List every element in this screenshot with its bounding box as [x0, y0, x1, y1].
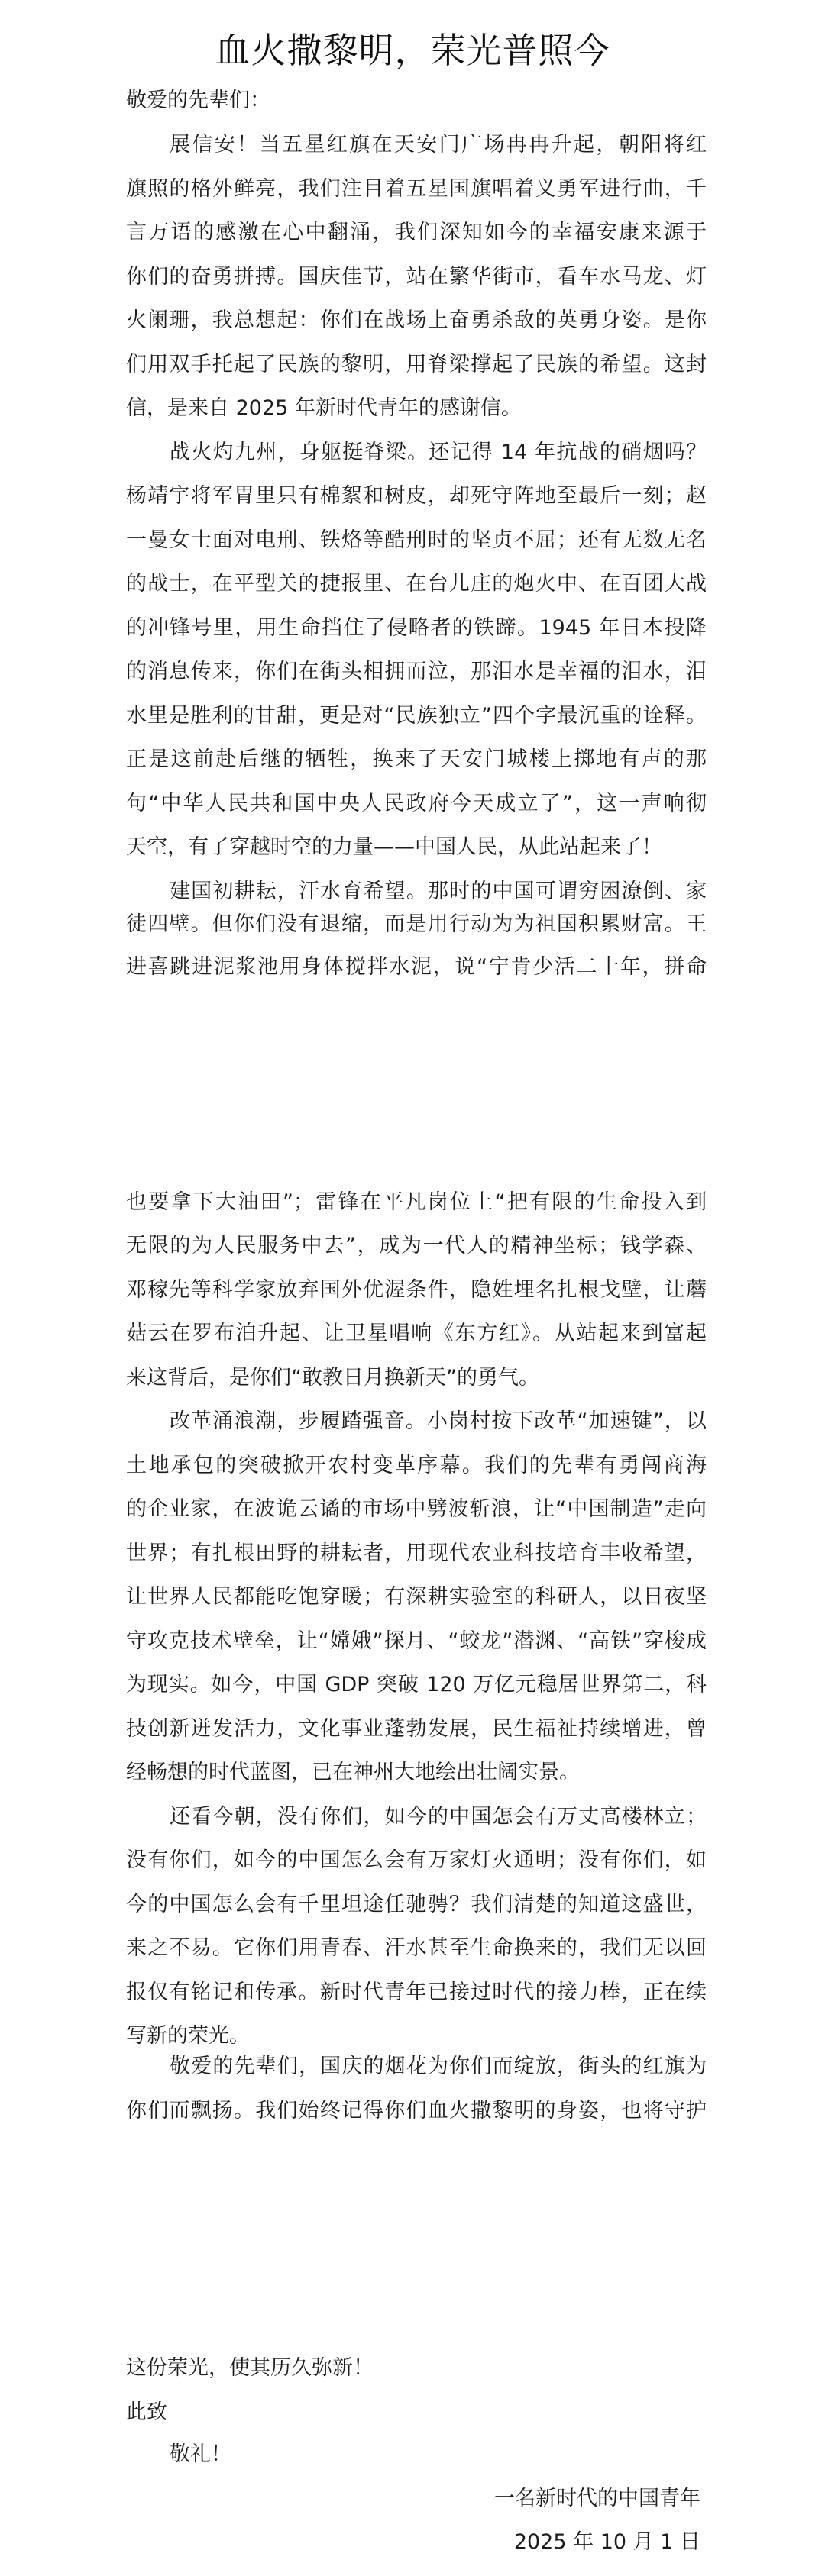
paragraph-5-line-3: 今的中国怎么会有千里坦途任驰骋？我们清楚的知道这盛世，	[126, 1892, 707, 1918]
paragraph-6-line-2: 你们而飘扬。我们始终记得你们血火撒黎明的身姿，也将守护	[126, 2098, 707, 2124]
paragraph-1-line-3: 言万语的感激在心中翻涌，我们深知如今的幸福安康来源于	[126, 220, 707, 246]
paragraph-4-line-9: 经畅想的时代蓝图，已在神州大地绘出壮阔实景。	[126, 1760, 707, 1786]
paragraph-3-line-2: 徒四壁。但你们没有退缩，而是用行动为为祖国积累财富。王	[126, 912, 707, 938]
paragraph-2-line-3: 一曼女士面对电刑、铁烙等酷刑时的坚贞不屈；还有无数无名	[126, 528, 707, 554]
paragraph-4-line-3: 的企业家，在波诡云谲的市场中劈波斩浪，让“中国制造”走向	[126, 1496, 707, 1522]
paragraph-5-line-5: 报仅有铭记和传承。新时代青年已接过时代的接力棒，正在续	[126, 1980, 707, 2006]
paragraph-3-line-1: 建国初耕耘，汗水育希望。那时的中国可谓穷困潦倒、家	[170, 879, 707, 905]
paragraph-5-line-6: 写新的荣光。	[126, 2023, 707, 2049]
paragraph-6-line-3: 这份荣光，使其历久弥新！	[126, 2355, 707, 2381]
closing-line-2: 敬礼！	[170, 2442, 707, 2468]
paragraph-2-line-1: 战火灼九州，身躯挺脊梁。还记得 14 年抗战的硝烟吗？	[170, 440, 707, 466]
paragraph-3-line-8: 来这背后，是你们“敢教日月换新天”的勇气。	[126, 1365, 707, 1391]
paragraph-3-line-6: 邓稼先等科学家放弃国外优渥条件，隐姓埋名扎根戈壁，让蘑	[126, 1277, 707, 1303]
paragraph-1-line-6: 们用双手托起了民族的黎明，用脊梁撑起了民族的希望。这封	[126, 352, 707, 378]
paragraph-2-line-2: 杨靖宇将军胃里只有棉絮和树皮，却死守阵地至最后一刻；赵	[126, 483, 707, 509]
paragraph-3-line-4: 也要拿下大油田”；雷锋在平凡岗位上“把有限的生命投入到	[126, 1190, 707, 1215]
paragraph-1-line-4: 你们的奋勇拼搏。国庆佳节，站在繁华街市，看车水马龙、灯	[126, 264, 707, 290]
paragraph-2-line-7: 水里是胜利的甘甜，更是对“民族独立”四个字最沉重的诠释。	[126, 703, 707, 729]
paragraph-2-line-10: 天空，有了穿越时空的力量——中国人民，从此站起来了！	[126, 834, 707, 860]
paragraph-3-line-7: 菇云在罗布泊升起、让卫星唱响《东方红》。从站起来到富起	[126, 1321, 707, 1347]
paragraph-1-line-5: 火阑珊，我总想起：你们在战场上奋勇杀敌的英勇身姿。是你	[126, 308, 707, 334]
paragraph-2-line-8: 正是这前赴后继的牺牲，换来了天安门城楼上掷地有声的那	[126, 747, 707, 773]
paragraph-1-line-2: 旗照的格外鲜亮，我们注目着五星国旗唱着义勇军进行曲，千	[126, 176, 707, 202]
paragraph-4-line-2: 土地承包的突破掀开农村变革序幕。我们的先辈有勇闯商海	[126, 1453, 707, 1479]
paragraph-4-line-8: 技创新迸发活力，文化事业蓬勃发展，民生福祉持续增进，曾	[126, 1716, 707, 1742]
paragraph-1-line-1: 展信安！当五星红旗在天安门广场冉冉升起，朝阳将红	[170, 132, 707, 158]
paragraph-5-line-4: 来之不易。它你们用青春、汗水甚至生命换来的，我们无以回	[126, 1935, 707, 1961]
signature-author: 一名新时代的中国青年	[494, 2486, 700, 2512]
paragraph-4-line-6: 守攻克技术壁垒，让“嫦娥”探月、“蛟龙”潜渊、“高铁”穿梭成	[126, 1629, 707, 1654]
salutation: 敬爱的先辈们：	[126, 88, 707, 114]
paragraph-2-line-9: 句“中华人民共和国中央人民政府今天成立了”，这一声响彻	[126, 791, 707, 817]
paragraph-2-line-4: 的战士，在平型关的捷报里、在台儿庄的炮火中、在百团大战	[126, 571, 707, 597]
letter-title: 血火撒黎明，荣光普照今	[0, 29, 825, 72]
paragraph-5-line-1: 还看今朝，没有你们，如今的中国怎会有万丈高楼林立；	[170, 1804, 707, 1830]
paragraph-4-line-1: 改革涌浪潮，步履踏强音。小岗村按下改革“加速键”，以	[170, 1409, 707, 1435]
closing-line-1: 此致	[126, 2400, 707, 2426]
paragraph-5-line-2: 没有你们，如今的中国怎么会有万家灯火通明；没有你们，如	[126, 1848, 707, 1874]
paragraph-1-line-7: 信，是来自 2025 年新时代青年的感谢信。	[126, 395, 707, 421]
paragraph-6-line-1: 敬爱的先辈们，国庆的烟花为你们而绽放，街头的红旗为	[170, 2054, 707, 2080]
signature-date: 2025 年 10 月 1 日	[514, 2529, 700, 2555]
paragraph-4-line-4: 世界；有扎根田野的耕耘者，用现代农业科技培育丰收希望，	[126, 1541, 707, 1567]
paragraph-4-line-7: 为现实。如今，中国 GDP 突破 120 万亿元稳居世界第二，科	[126, 1672, 707, 1698]
paragraph-3-line-3: 进喜跳进泥浆池用身体搅拌水泥，说“宁肯少活二十年，拼命	[126, 954, 707, 980]
paragraph-3-line-5: 无限的为人民服务中去”，成为一代人的精神坐标；钱学森、	[126, 1233, 707, 1259]
paragraph-4-line-5: 让世界人民都能吃饱穿暖；有深耕实验室的科研人，以日夜坚	[126, 1584, 707, 1610]
paragraph-2-line-6: 的消息传来，你们在街头相拥而泣，那泪水是幸福的泪水，泪	[126, 659, 707, 685]
paragraph-2-line-5: 的冲锋号里，用生命挡住了侵略者的铁蹄。1945 年日本投降	[126, 615, 707, 641]
